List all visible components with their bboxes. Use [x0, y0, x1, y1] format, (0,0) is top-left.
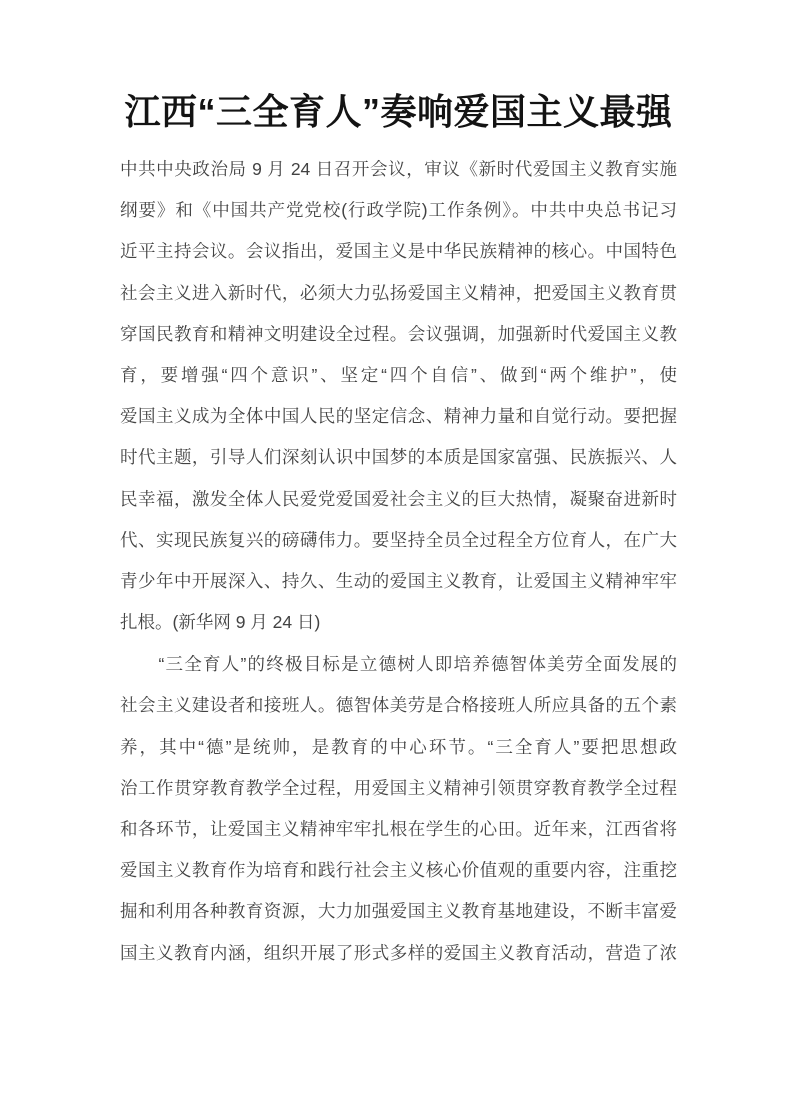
- text-line: 国主义教育内涵，组织开展了形式多样的爱国主义教育活动，营造了浓: [120, 933, 677, 974]
- text-line: 和各环节，让爱国主义精神牢牢扎根在学生的心田。近年来，江西省将: [120, 809, 677, 850]
- text-line: 掘和利用各种教育资源，大力加强爱国主义教育基地建设，不断丰富爱: [120, 891, 677, 932]
- text-line: 青少年中开展深入、持久、生动的爱国主义教育，让爱国主义精神牢牢: [120, 561, 677, 602]
- paragraph: “三全育人”的终极目标是立德树人即培养德智体美劳全面发展的社会主义建设者和接班人…: [120, 644, 677, 974]
- text-line: 民幸福，激发全体人民爱党爱国爱社会主义的巨大热情，凝聚奋进新时: [120, 479, 677, 520]
- text-line: 穿国民教育和精神文明建设全过程。会议强调，加强新时代爱国主义教: [120, 314, 677, 355]
- text-line: “三全育人”的终极目标是立德树人即培养德智体美劳全面发展的: [120, 644, 677, 685]
- text-line: 纲要》和《中国共产党党校(行政学院)工作条例》。中共中央总书记习: [120, 190, 677, 231]
- text-line: 育，要增强“四个意识”、坚定“四个自信”、做到“两个维护”，使: [120, 355, 677, 396]
- text-line: 扎根。(新华网 9 月 24 日): [120, 602, 677, 643]
- document-page: 江西“三全育人”奏响爱国主义最强 中共中央政治局 9 月 24 日召开会议，审议…: [0, 0, 794, 1108]
- text-line: 代、实现民族复兴的磅礴伟力。要坚持全员全过程全方位育人，在广大: [120, 520, 677, 561]
- text-line: 爱国主义教育作为培育和践行社会主义核心价值观的重要内容，注重挖: [120, 850, 677, 891]
- text-line: 养，其中“德”是统帅，是教育的中心环节。“三全育人”要把思想政: [120, 727, 677, 768]
- document-body: 中共中央政治局 9 月 24 日召开会议，审议《新时代爱国主义教育实施纲要》和《…: [120, 149, 677, 974]
- text-line: 爱国主义成为全体中国人民的坚定信念、精神力量和自觉行动。要把握: [120, 396, 677, 437]
- document-title: 江西“三全育人”奏响爱国主义最强: [120, 88, 677, 136]
- text-line: 社会主义进入新时代，必须大力弘扬爱国主义精神，把爱国主义教育贯: [120, 273, 677, 314]
- text-line: 时代主题，引导人们深刻认识中国梦的本质是国家富强、民族振兴、人: [120, 437, 677, 478]
- text-line: 社会主义建设者和接班人。德智体美劳是合格接班人所应具备的五个素: [120, 685, 677, 726]
- text-line: 治工作贯穿教育教学全过程，用爱国主义精神引领贯穿教育教学全过程: [120, 768, 677, 809]
- text-line: 中共中央政治局 9 月 24 日召开会议，审议《新时代爱国主义教育实施: [120, 149, 677, 190]
- text-line: 近平主持会议。会议指出，爱国主义是中华民族精神的核心。中国特色: [120, 231, 677, 272]
- paragraph: 中共中央政治局 9 月 24 日召开会议，审议《新时代爱国主义教育实施纲要》和《…: [120, 149, 677, 643]
